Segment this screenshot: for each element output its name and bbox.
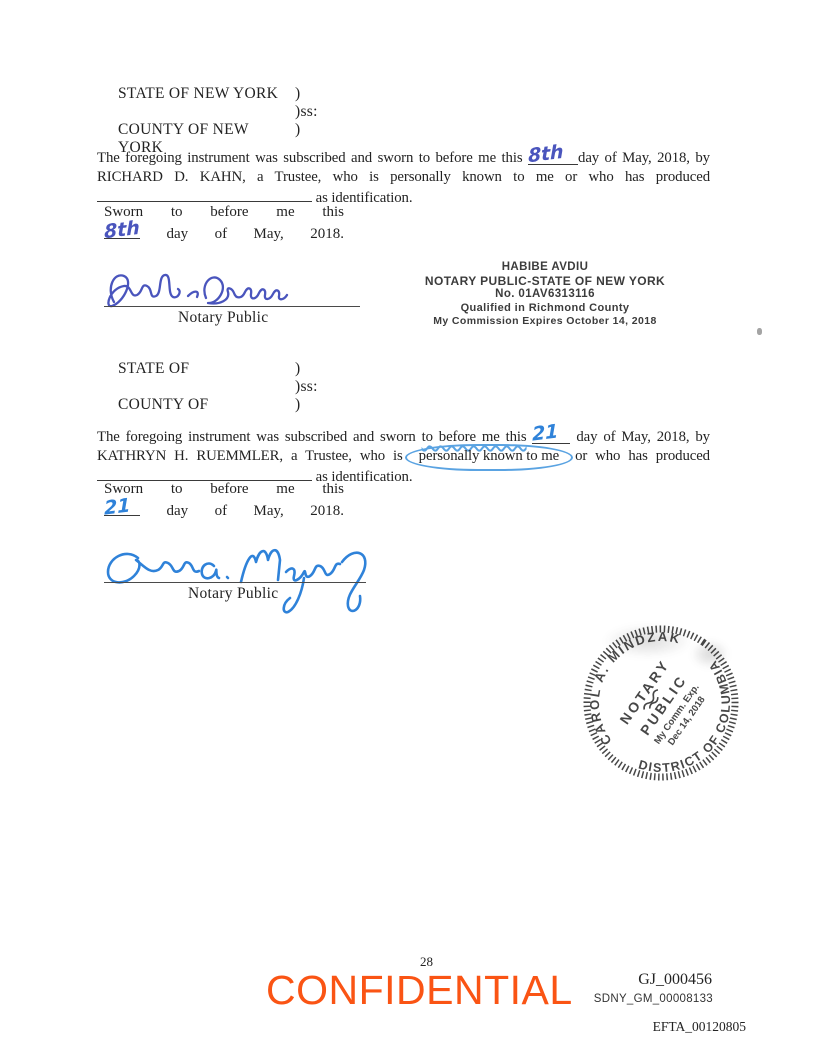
jurat1-line1: The foregoing instrument was subscribed …	[97, 149, 710, 168]
sworn-block-2: Sworn to before me this 21 day of May, 2…	[104, 478, 344, 522]
signature-line-2	[104, 582, 366, 583]
county-line: COUNTY OF	[118, 396, 295, 414]
handwritten-day: 8th	[104, 223, 140, 237]
jurat-paragraph-1: The foregoing instrument was subscribed …	[97, 149, 710, 206]
county-line: COUNTY OF NEW YORK	[118, 121, 295, 139]
paren: )	[295, 121, 355, 139]
stamp-title: NOTARY PUBLIC-STATE OF NEW YORK	[388, 275, 702, 289]
signature-line-1	[104, 306, 360, 307]
jurat2-line2: KATHRYN H. RUEMMLER, a Trustee, who is p…	[97, 447, 710, 466]
state-line: STATE OF	[118, 360, 295, 378]
paren: )	[295, 360, 355, 378]
confidential-watermark: CONFIDENTIAL	[266, 967, 573, 1014]
venue-caption-2: STATE OF ) )ss: COUNTY OF )	[118, 360, 355, 414]
scan-speck	[757, 328, 762, 335]
state-line: STATE OF NEW YORK	[118, 85, 295, 103]
stamp-expiry: My Commission Expires October 14, 2018	[388, 315, 702, 329]
handwritten-day: 8th	[528, 147, 563, 161]
jurat-paragraph-2: The foregoing instrument was subscribed …	[97, 428, 710, 485]
handwritten-day: 21	[532, 426, 558, 439]
handwritten-day-slot: 21	[532, 428, 570, 444]
ss-line: )ss:	[295, 103, 355, 121]
ss-line: )ss:	[295, 378, 355, 396]
bates-number-sdny: SDNY_GM_00008133	[594, 993, 713, 1005]
notary-stamp-text: HABIBE AVDIU NOTARY PUBLIC-STATE OF NEW …	[388, 261, 702, 329]
handwritten-day-slot: 8th	[104, 223, 140, 239]
notary-public-label-1: Notary Public	[178, 309, 268, 327]
handwritten-day: 21	[104, 500, 130, 513]
hand-circled-phrase: personally known to me	[405, 444, 573, 471]
signature-habibe-avdiu	[100, 262, 350, 312]
hand-underlined-phrase: to before me this	[422, 429, 527, 445]
stamp-number: No. 01AV6313116	[388, 288, 702, 302]
notary-public-label-2: Notary Public	[188, 585, 278, 603]
signature-carol-mindzak	[96, 536, 396, 620]
paren: )	[295, 85, 355, 103]
sworn-block-1: Sworn to before me this 8th day of May, …	[104, 201, 344, 245]
paren: )	[295, 396, 355, 414]
notary-seal-carol-mindzak: CAROL A. MINDZAK DISTRICT OF COLUMBIA NO…	[566, 608, 756, 798]
stamp-name: HABIBE AVDIU	[388, 261, 702, 275]
jurat2-line1: The foregoing instrument was subscribed …	[97, 428, 710, 447]
stamp-qualified: Qualified in Richmond County	[388, 302, 702, 316]
handwritten-day-slot: 21	[104, 500, 140, 516]
bates-number-gj: GJ_000456	[638, 971, 712, 989]
document-page: STATE OF NEW YORK ) )ss: COUNTY OF NEW Y…	[0, 0, 816, 1056]
jurat1-line2: RICHARD D. KAHN, a Trustee, who is perso…	[97, 168, 710, 187]
handwritten-day-slot: 8th	[528, 149, 578, 165]
identification-blank	[97, 187, 312, 202]
bates-number-efta: EFTA_00120805	[653, 1019, 746, 1035]
venue-caption-1: STATE OF NEW YORK ) )ss: COUNTY OF NEW Y…	[118, 85, 355, 139]
